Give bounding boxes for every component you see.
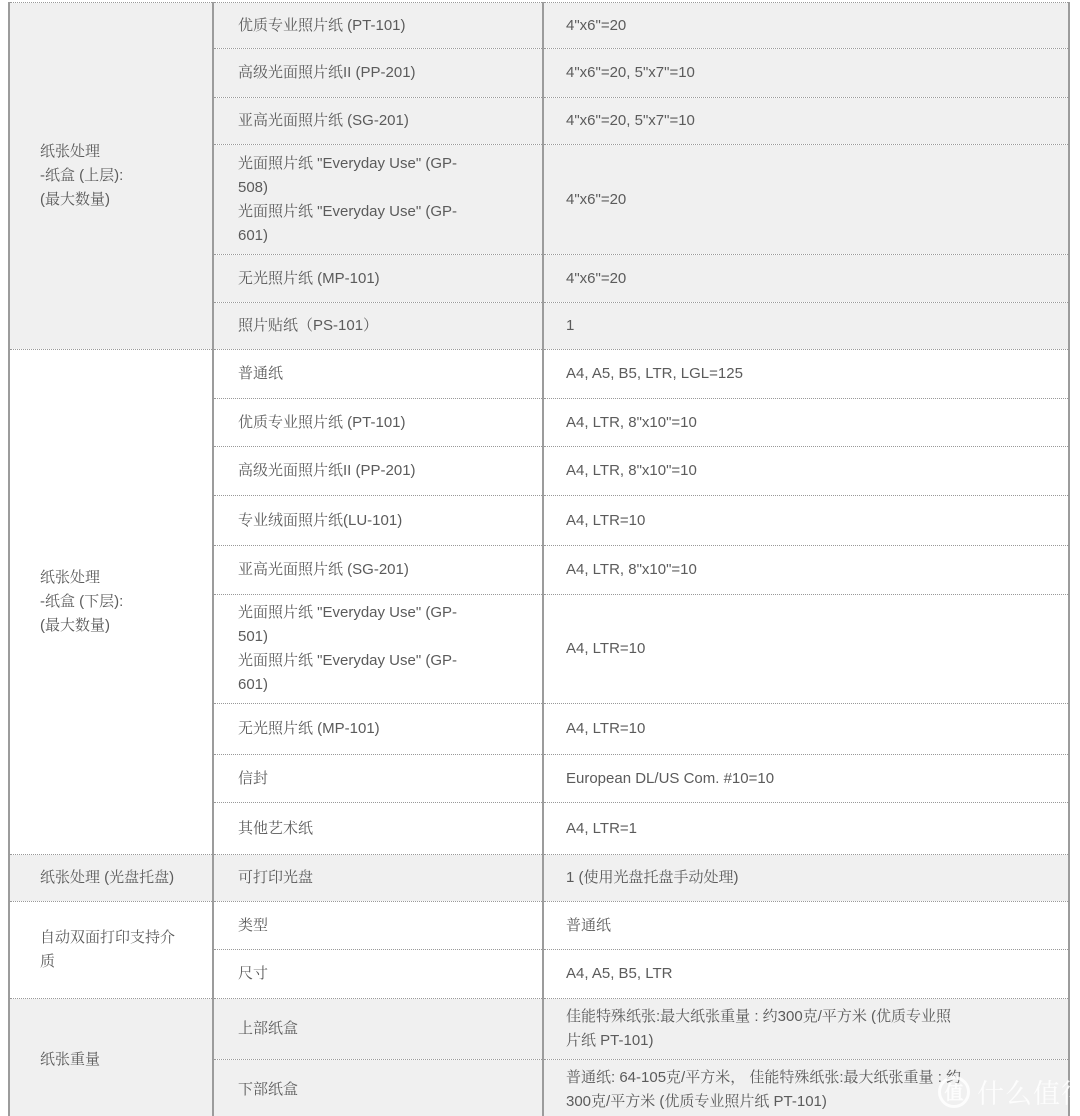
- spec-name-cell: 专业绒面照片纸(LU-101): [213, 496, 543, 546]
- spec-value-cell: 4"x6"=20, 5"x7"=10: [543, 98, 1069, 145]
- spec-value-cell: A4, LTR, 8"x10"=10: [543, 399, 1069, 447]
- spec-name-cell: 光面照片纸 "Everyday Use" (GP- 501) 光面照片纸 "Ev…: [213, 595, 543, 704]
- spec-name-cell: 尺寸: [213, 950, 543, 999]
- spec-value-cell: 4"x6"=20: [543, 3, 1069, 49]
- spec-name-cell: 信封: [213, 755, 543, 803]
- group-label-cell: 纸张处理 -纸盒 (上层): (最大数量): [9, 3, 213, 350]
- spec-value-cell: 4"x6"=20, 5"x7"=10: [543, 49, 1069, 98]
- table-row: 纸张处理 -纸盒 (上层): (最大数量)优质专业照片纸 (PT-101)4"x…: [9, 3, 1069, 49]
- spec-name-cell: 优质专业照片纸 (PT-101): [213, 399, 543, 447]
- group-label-cell: 自动双面打印支持介 质: [9, 902, 213, 999]
- spec-name-cell: 照片贴纸（PS-101）: [213, 303, 543, 350]
- spec-value-cell: A4, LTR=10: [543, 704, 1069, 755]
- table-row: 纸张处理 -纸盒 (下层): (最大数量)普通纸A4, A5, B5, LTR,…: [9, 350, 1069, 399]
- spec-value-cell: A4, LTR, 8"x10"=10: [543, 447, 1069, 496]
- group-label-cell: 纸张处理 -纸盒 (下层): (最大数量): [9, 350, 213, 855]
- group-label-cell: 纸张处理 (光盘托盘): [9, 855, 213, 902]
- spec-name-cell: 普通纸: [213, 350, 543, 399]
- spec-value-cell: 佳能特殊纸张:最大纸张重量 : 约300克/平方米 (优质专业照 片纸 PT-1…: [543, 999, 1069, 1060]
- spec-value-cell: A4, A5, B5, LTR, LGL=125: [543, 350, 1069, 399]
- spec-name-cell: 优质专业照片纸 (PT-101): [213, 3, 543, 49]
- spec-name-cell: 高级光面照片纸II (PP-201): [213, 49, 543, 98]
- table-row: 自动双面打印支持介 质类型普通纸: [9, 902, 1069, 950]
- spec-name-cell: 高级光面照片纸II (PP-201): [213, 447, 543, 496]
- spec-value-cell: 普通纸: [543, 902, 1069, 950]
- spec-value-cell: 4"x6"=20: [543, 145, 1069, 255]
- spec-value-cell: 1: [543, 303, 1069, 350]
- table-row: 纸张重量上部纸盒佳能特殊纸张:最大纸张重量 : 约300克/平方米 (优质专业照…: [9, 999, 1069, 1060]
- spec-value-cell: A4, LTR=10: [543, 496, 1069, 546]
- printer-spec-table: 纸张处理 -纸盒 (上层): (最大数量)优质专业照片纸 (PT-101)4"x…: [8, 2, 1070, 1116]
- group-label-cell: 纸张重量: [9, 999, 213, 1116]
- spec-value-cell: European DL/US Com. #10=10: [543, 755, 1069, 803]
- table-row: 纸张处理 (光盘托盘)可打印光盘1 (使用光盘托盘手动处理): [9, 855, 1069, 902]
- spec-name-cell: 无光照片纸 (MP-101): [213, 255, 543, 303]
- spec-name-cell: 类型: [213, 902, 543, 950]
- spec-name-cell: 可打印光盘: [213, 855, 543, 902]
- spec-value-cell: A4, A5, B5, LTR: [543, 950, 1069, 999]
- spec-name-cell: 其他艺术纸: [213, 803, 543, 855]
- spec-value-cell: A4, LTR=1: [543, 803, 1069, 855]
- spec-table-body: 纸张处理 -纸盒 (上层): (最大数量)优质专业照片纸 (PT-101)4"x…: [9, 3, 1069, 1116]
- spec-value-cell: A4, LTR, 8"x10"=10: [543, 546, 1069, 595]
- spec-name-cell: 下部纸盒: [213, 1060, 543, 1116]
- spec-value-cell: A4, LTR=10: [543, 595, 1069, 704]
- spec-value-cell: 4"x6"=20: [543, 255, 1069, 303]
- spec-name-cell: 光面照片纸 "Everyday Use" (GP- 508) 光面照片纸 "Ev…: [213, 145, 543, 255]
- spec-value-cell: 1 (使用光盘托盘手动处理): [543, 855, 1069, 902]
- spec-name-cell: 亚高光面照片纸 (SG-201): [213, 98, 543, 145]
- spec-name-cell: 亚高光面照片纸 (SG-201): [213, 546, 543, 595]
- spec-name-cell: 上部纸盒: [213, 999, 543, 1060]
- spec-name-cell: 无光照片纸 (MP-101): [213, 704, 543, 755]
- spec-value-cell: 普通纸: 64-105克/平方米， 佳能特殊纸张:最大纸张重量 : 约 300克…: [543, 1060, 1069, 1116]
